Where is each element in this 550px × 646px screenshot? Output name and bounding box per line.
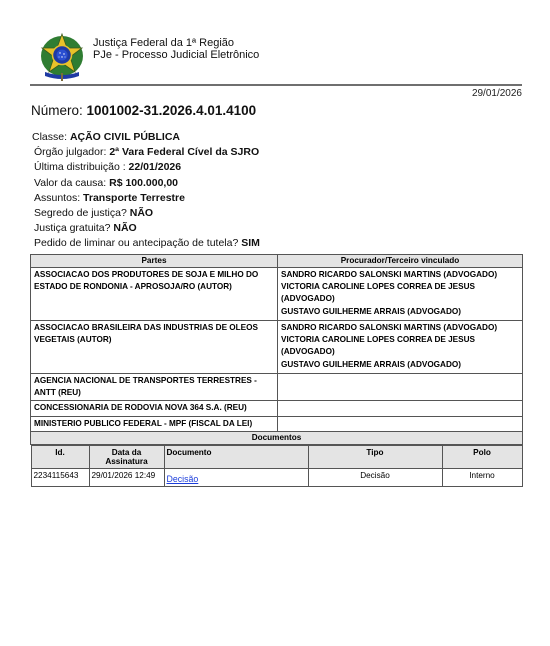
- document-link[interactable]: Decisão: [167, 474, 199, 485]
- detail-orgao-julgador: Órgão julgador: 2ª Vara Federal Cível da…: [32, 145, 260, 160]
- detail-segredo-justica: Segredo de justiça? NÃO: [32, 206, 260, 221]
- header-polo: Polo: [442, 445, 522, 468]
- representative: VICTORIA CAROLINE LOPES CORREA DE JESUS …: [281, 334, 519, 358]
- page-header: Justiça Federal da 1ª Região PJe - Proce…: [30, 30, 522, 84]
- parties-header-row: Partes Procurador/Terceiro vinculado: [31, 255, 523, 268]
- representative: SANDRO RICARDO SALONSKI MARTINS (ADVOGAD…: [281, 269, 519, 281]
- process-number-label: Número:: [31, 103, 83, 118]
- brazil-coat-of-arms-icon: [38, 32, 86, 82]
- header-procurador: Procurador/Terceiro vinculado: [278, 255, 523, 268]
- detail-valor-causa: Valor da causa: R$ 100.000,00: [32, 176, 260, 191]
- representative: GUSTAVO GUILHERME ARRAIS (ADVOGADO): [281, 359, 519, 371]
- table-row: AGENCIA NACIONAL DE TRANSPORTES TERRESTR…: [31, 374, 523, 401]
- party-representatives: SANDRO RICARDO SALONSKI MARTINS (ADVOGAD…: [278, 268, 523, 321]
- process-details: Classe: AÇÃO CIVIL PÚBLICA Órgão julgado…: [32, 130, 260, 252]
- party-name: MINISTERIO PUBLICO FEDERAL - MPF (FISCAL…: [31, 416, 278, 431]
- representative: SANDRO RICARDO SALONSKI MARTINS (ADVOGAD…: [281, 322, 519, 334]
- representative: GUSTAVO GUILHERME ARRAIS (ADVOGADO): [281, 306, 519, 318]
- table-row: ASSOCIACAO DOS PRODUTORES DE SOJA E MILH…: [31, 268, 523, 321]
- detail-pedido-liminar: Pedido de liminar ou antecipação de tute…: [32, 236, 260, 251]
- org-name: Justiça Federal da 1ª Região: [93, 37, 259, 49]
- detail-assuntos: Assuntos: Transporte Terrestre: [32, 191, 260, 206]
- party-name: ASSOCIACAO DOS PRODUTORES DE SOJA E MILH…: [31, 268, 278, 321]
- party-representatives: [278, 416, 523, 431]
- representative: VICTORIA CAROLINE LOPES CORREA DE JESUS …: [281, 281, 519, 305]
- documents-title: Documentos: [31, 431, 523, 444]
- party-representatives: [278, 401, 523, 416]
- document-cell: Decisão: [164, 468, 308, 486]
- header-tipo: Tipo: [308, 445, 442, 468]
- documents-header-row: Id. Data da Assinatura Documento Tipo Po…: [31, 445, 522, 468]
- party-name: AGENCIA NACIONAL DE TRANSPORTES TERRESTR…: [31, 374, 278, 401]
- table-row: MINISTERIO PUBLICO FEDERAL - MPF (FISCAL…: [31, 416, 523, 431]
- detail-justica-gratuita: Justiça gratuita? NÃO: [32, 221, 260, 236]
- document-id: 2234115643: [31, 468, 89, 486]
- party-representatives: SANDRO RICARDO SALONSKI MARTINS (ADVOGAD…: [278, 321, 523, 374]
- documents-section-header: Documentos: [31, 431, 523, 444]
- document-type: Decisão: [308, 468, 442, 486]
- header-id: Id.: [31, 445, 89, 468]
- party-name: CONCESSIONARIA DE RODOVIA NOVA 364 S.A. …: [31, 401, 278, 416]
- table-row: CONCESSIONARIA DE RODOVIA NOVA 364 S.A. …: [31, 401, 523, 416]
- header-documento: Documento: [164, 445, 308, 468]
- parties-table: Partes Procurador/Terceiro vinculado ASS…: [30, 254, 523, 487]
- process-number-value: 1001002-31.2026.4.01.4100: [87, 103, 257, 118]
- document-polo: Interno: [442, 468, 522, 486]
- table-row: 2234115643 29/01/2026 12:49 Decisão Deci…: [31, 468, 522, 486]
- documents-table: Id. Data da Assinatura Documento Tipo Po…: [31, 445, 523, 487]
- header-divider: [30, 84, 522, 86]
- header-data-assinatura: Data da Assinatura: [89, 445, 164, 468]
- detail-classe: Classe: AÇÃO CIVIL PÚBLICA: [32, 130, 260, 145]
- document-date: 29/01/2026 12:49: [89, 468, 164, 486]
- table-row: ASSOCIACAO BRASILEIRA DAS INDUSTRIAS DE …: [31, 321, 523, 374]
- header-partes: Partes: [31, 255, 278, 268]
- detail-ultima-distribuicao: Última distribuição : 22/01/2026: [32, 160, 260, 175]
- system-name: PJe - Processo Judicial Eletrônico: [93, 49, 259, 61]
- header-text: Justiça Federal da 1ª Região PJe - Proce…: [93, 37, 259, 61]
- documents-table-container: Id. Data da Assinatura Documento Tipo Po…: [31, 444, 523, 487]
- party-name: ASSOCIACAO BRASILEIRA DAS INDUSTRIAS DE …: [31, 321, 278, 374]
- process-number: Número: 1001002-31.2026.4.01.4100: [31, 103, 256, 118]
- print-date: 29/01/2026: [472, 88, 522, 99]
- party-representatives: [278, 374, 523, 401]
